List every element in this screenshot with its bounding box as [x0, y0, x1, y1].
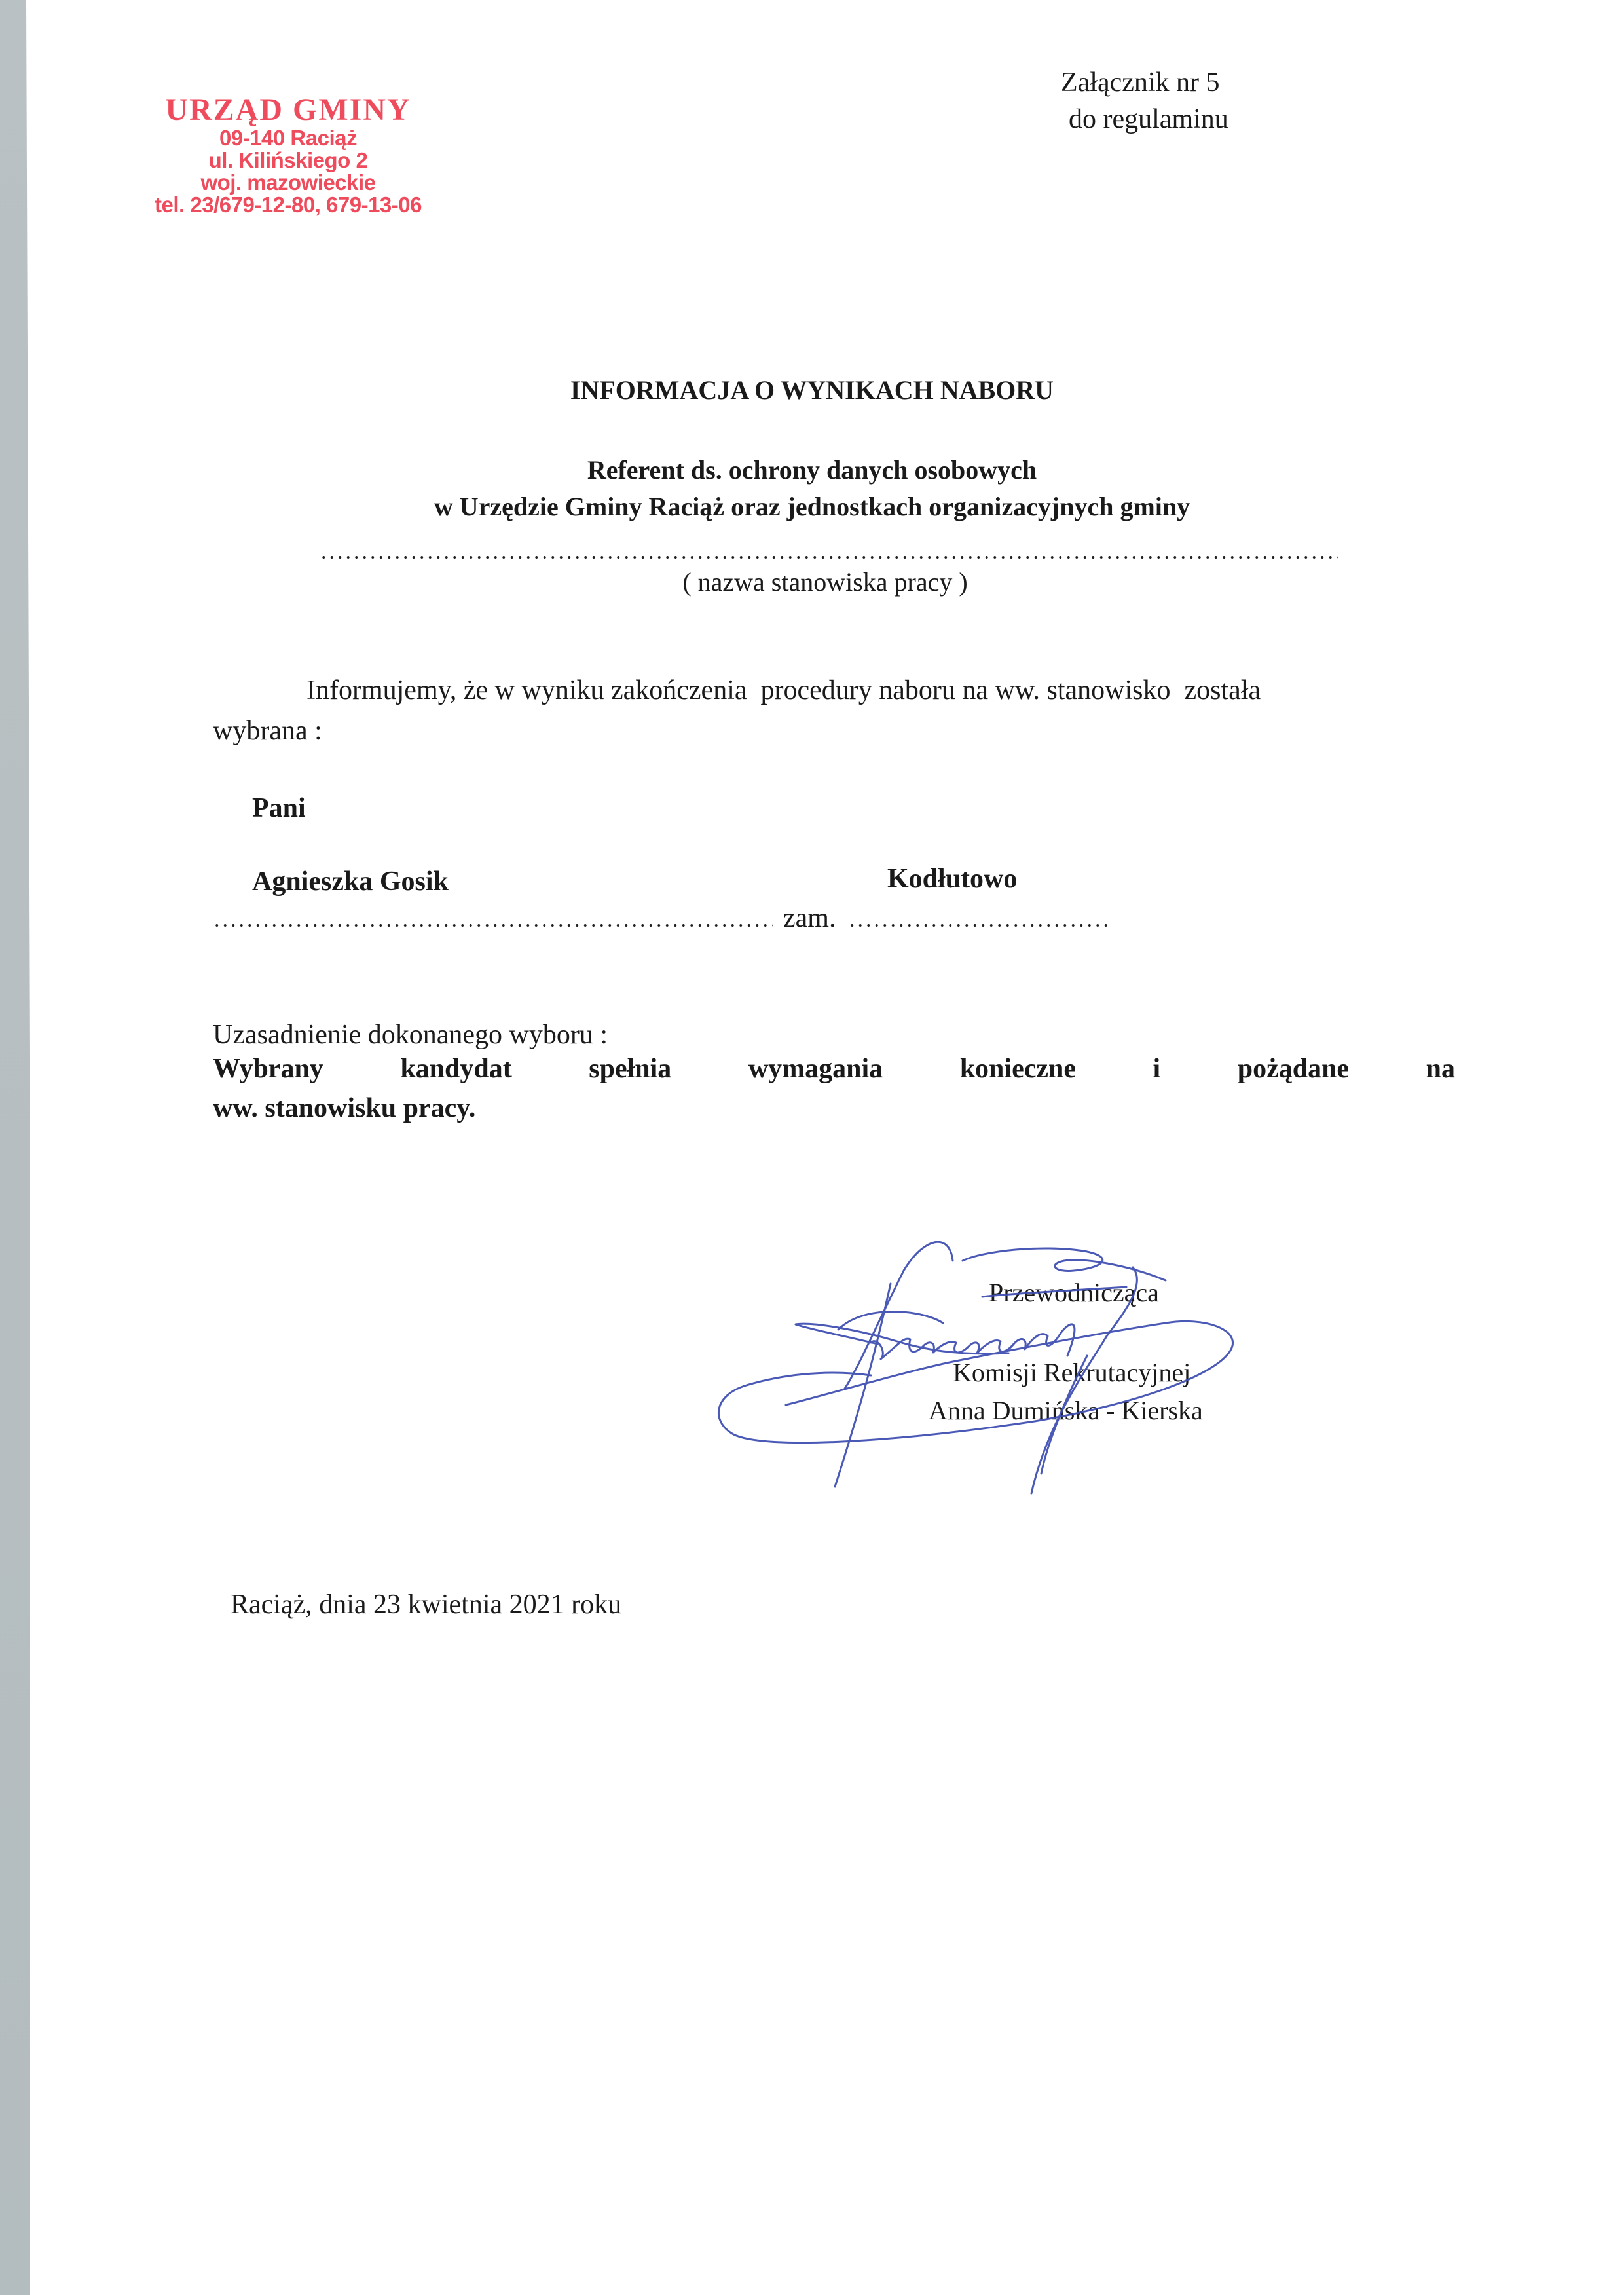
signatory-name: Anna Dumińska - Kierska [929, 1395, 1203, 1426]
candidate-name: Agnieszka Gosik [252, 866, 449, 897]
position-dotted-line [320, 555, 1338, 559]
annex-reference: do regulaminu [1061, 101, 1228, 138]
justification-line-2: ww. stanowisku pracy. [213, 1092, 475, 1124]
justification-word: Wybrany [213, 1053, 323, 1085]
signatory-role-line1: Przewodnicząca [989, 1277, 1159, 1308]
justification-word: kandydat [400, 1053, 511, 1085]
place-and-date: Raciąż, dnia 23 kwietnia 2021 roku [231, 1589, 621, 1620]
annex-number: Załącznik nr 5 [1061, 64, 1228, 101]
position-name-line1: Referent ds. ochrony danych osobowych [0, 452, 1624, 489]
stamp-street-line: ul. Kilińskiego 2 [118, 149, 458, 172]
position-name: Referent ds. ochrony danych osobowych w … [0, 452, 1624, 525]
residence-label: zam. [783, 903, 836, 934]
annex-label: Załącznik nr 5 do regulaminu [1061, 64, 1228, 138]
justification-word: i [1153, 1053, 1161, 1085]
signatory-role-line2: Komisji Rekrutacyjnej [953, 1357, 1190, 1388]
office-stamp: URZĄD GMINY 09-140 Raciąż ul. Kilińskieg… [118, 93, 458, 216]
stamp-title: URZĄD GMINY [118, 93, 458, 127]
salutation: Pani [252, 793, 306, 824]
stamp-phone-line: tel. 23/679-12-80, 679-13-06 [118, 194, 458, 216]
position-name-line2: w Urzędzie Gminy Raciąż oraz jednostkach… [0, 489, 1624, 525]
stamp-region-line: woj. mazowieckie [118, 172, 458, 194]
intro-line-2: wybrana : [213, 715, 322, 747]
justification-line-1: Wybrany kandydat spełnia wymagania konie… [213, 1053, 1455, 1085]
intro-line-1: Informujemy, że w wyniku zakończenia pro… [306, 675, 1455, 706]
residence-dotted-line [848, 924, 1110, 927]
justification-word: na [1426, 1053, 1455, 1085]
candidate-residence: Kodłutowo [887, 863, 1017, 895]
document-title: INFORMACJA O WYNIKACH NABORU [0, 375, 1624, 405]
justification-word: konieczne [960, 1053, 1076, 1085]
scan-edge-shadow [0, 0, 30, 2295]
position-caption: ( nazwa stanowiska pracy ) [0, 567, 1624, 597]
handwritten-signature [707, 1225, 1349, 1552]
justification-word: spełnia [589, 1053, 671, 1085]
name-dotted-line [213, 924, 773, 927]
stamp-postal-line: 09-140 Raciąż [118, 127, 458, 149]
justification-label: Uzasadnienie dokonanego wyboru : [213, 1019, 608, 1051]
justification-word: pożądane [1238, 1053, 1349, 1085]
justification-word: wymagania [748, 1053, 883, 1085]
